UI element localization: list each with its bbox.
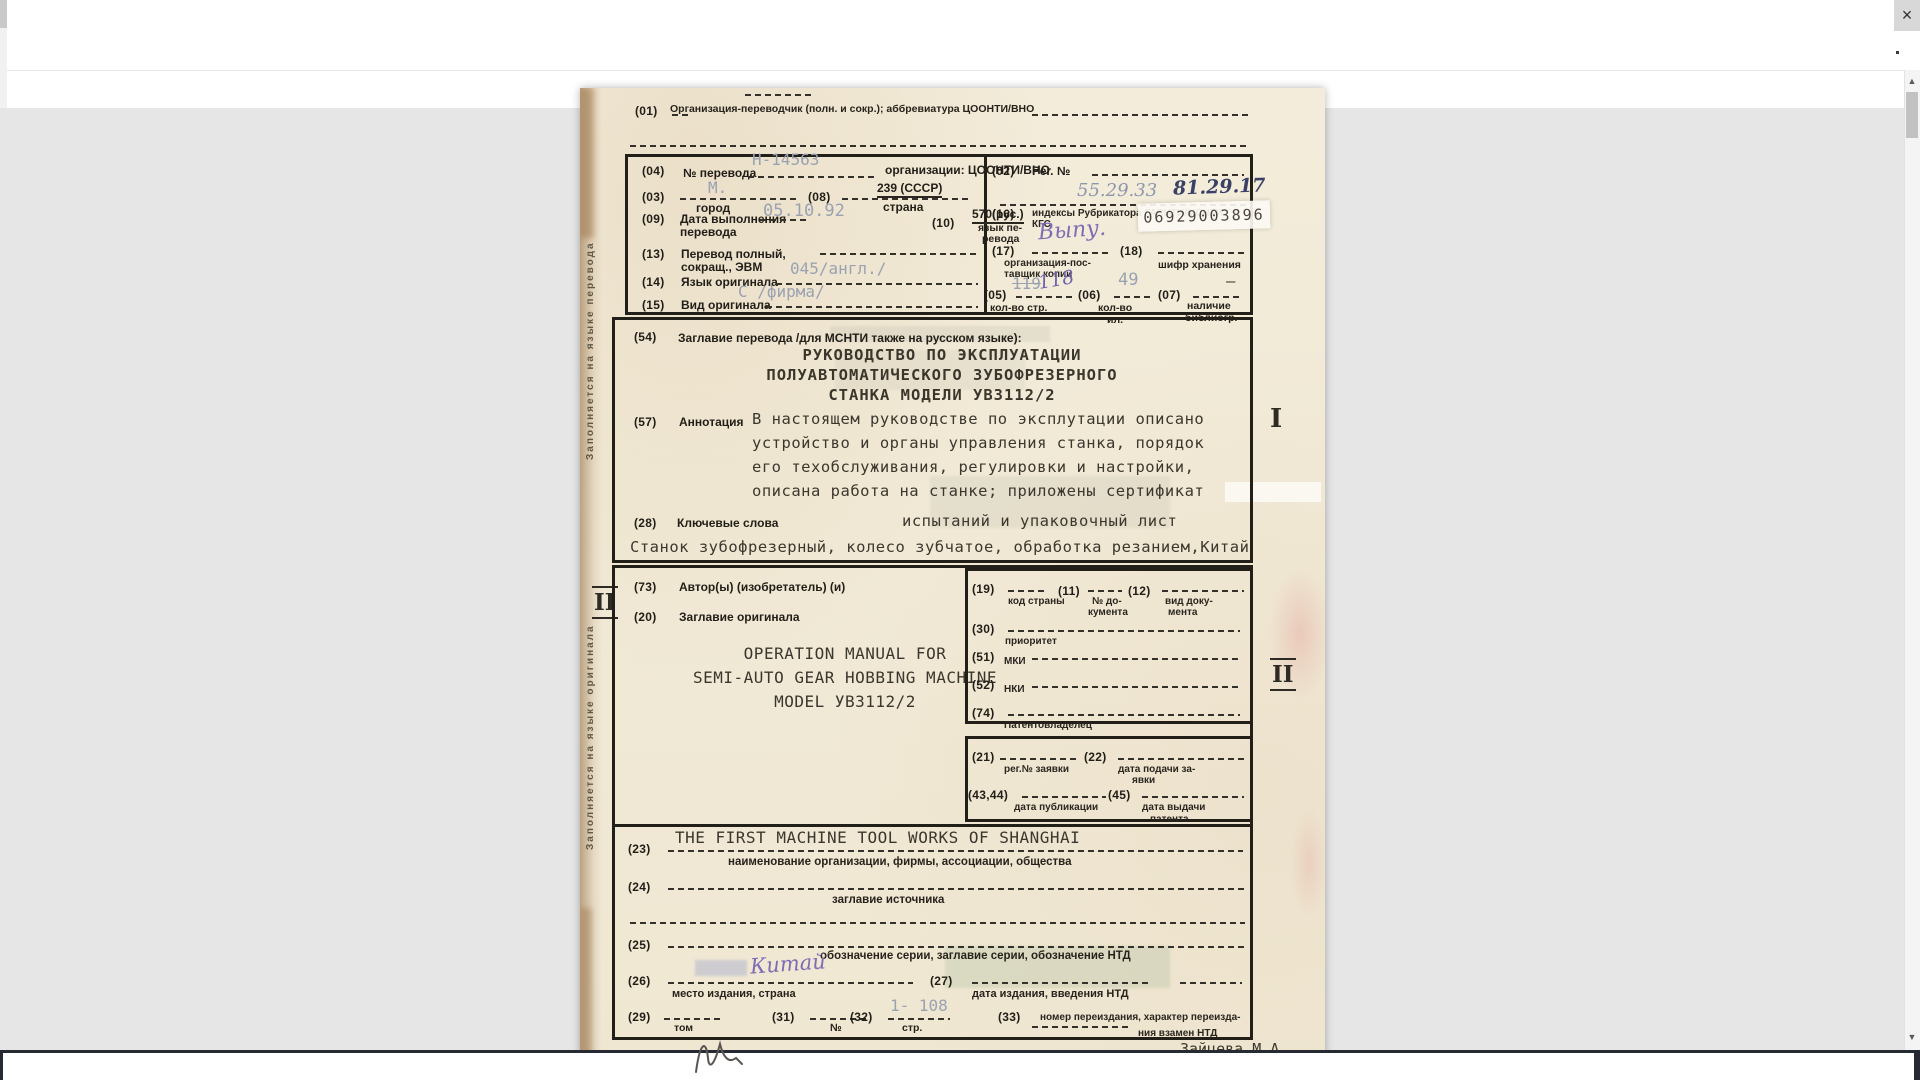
pencil-squiggle [688,1034,750,1080]
dash-line [1114,296,1154,298]
field57-label: Аннотация [679,415,744,429]
field22-num: (22) [1084,750,1107,764]
field32-value: 1- 108 [890,996,948,1015]
dash-line [1142,796,1244,798]
field02-label: Рег. № [1032,164,1070,178]
dash-line [1193,296,1243,298]
field32-num: (32) [850,1010,873,1024]
field16-handwriting: Выпу. [1037,216,1107,246]
field14-num: (14) [642,275,665,289]
field04-value: Н-14563 [752,150,819,169]
field25-num: (25) [628,938,651,952]
dash-line [1158,252,1246,254]
field52-num: (52) [972,678,995,692]
application-box [965,736,1253,822]
field54-label: Заглавие перевода /для МСНТИ также на ру… [678,331,1022,345]
keywords-line: Станок зубофрезерный, колесо зубчатое, о… [630,538,1249,556]
dash-line [1118,758,1244,760]
field32-label: стр. [902,1022,922,1034]
field18-label: шифр хранения [1158,259,1241,271]
inventory-sticker: 06929003896 [1138,200,1271,231]
dash-line [1032,658,1240,660]
bottom-panel-border-left [0,1050,3,1080]
translation-title-line3: СТАНКА МОДЕЛИ УВ3112/2 [642,386,1242,404]
field03-num: (03) [642,190,665,204]
field09-label2: перевода [680,225,737,239]
field22-label1: дата подачи за- [1118,764,1195,775]
bottom-panel-border-right [1914,1050,1920,1080]
dash-line [668,946,1246,948]
dash-line [972,982,1150,984]
dot-artifact [1896,51,1899,54]
field23-num: (23) [628,842,651,856]
field73-label: Автор(ы) (изобретатель) (и) [679,580,845,594]
dash-line [664,1018,720,1020]
dash-line [1008,630,1240,632]
field09-value: 05.10.92 [763,201,845,221]
field33-num: (33) [998,1010,1021,1024]
chevron-up-icon: ▲ [1908,76,1917,86]
field29-label: том [674,1022,693,1034]
field33-label2: ния взамен НТД [1138,1028,1217,1039]
dash-line [668,850,1243,852]
field24-label: заглавие источника [832,894,944,906]
left-rule [612,568,615,826]
annotation-line1: В настоящем руководстве по эксплутации о… [752,410,1204,428]
field11-label2: кумента [1088,607,1128,618]
vertical-scrollbar[interactable] [1904,70,1920,1050]
bottom-panel [0,1050,1920,1080]
field20-label: Заглавие оригинала [679,610,800,624]
field05-label: кол-во стр. [990,302,1047,314]
dash-line [1016,296,1072,298]
field17-label1: организация-пос- [1004,258,1091,269]
field06-label1: кол-во [1098,302,1132,314]
roman-mark-two-right: II [1270,658,1296,691]
field31-label: № [830,1022,842,1034]
field15-value: С /фирма/ [738,282,825,301]
dash-line [630,922,1245,924]
field07-value: – [1226,272,1236,290]
field23-label: наименование организации, фирмы, ассоциа… [728,856,1072,868]
annotation-line3: его техобслуживания, регулировки и настр… [752,458,1194,476]
dash-line [766,306,978,308]
dash-line [1032,1026,1128,1028]
field02-num: (02) [992,164,1015,178]
field12-label1: вид доку- [1165,596,1213,607]
field45-label1: дата выдачи [1142,802,1205,813]
dash-line [630,145,1250,147]
field25-label: обозначение серии, заглавие серии, обозн… [820,950,1131,962]
annotation-line2: устройство и органы управления станка, п… [752,434,1204,452]
dash-line [1032,252,1108,254]
annotation-line5: испытаний и упаковочный лист [902,512,1177,530]
field02-value1: 55.29.33 [1077,180,1157,201]
field19-num: (19) [972,582,995,596]
field43-num: (43,44) [968,788,1008,802]
dash-line [668,982,913,984]
dash-line [1180,982,1242,984]
field13-num: (13) [642,247,665,261]
field14-value: 045/англ./ [790,259,886,278]
field21-num: (21) [972,750,995,764]
field33-label1: номер переиздания, характер переизда- [1040,1012,1241,1023]
scrollbar-down-button[interactable]: ▼ [1904,1028,1920,1046]
field43-label: дата публикации [1014,802,1098,813]
field22-label2: явки [1132,775,1155,786]
field54-num: (54) [634,330,657,344]
dash-line [745,94,815,96]
field45-num: (45) [1108,788,1131,802]
field26-label: место издания, страна [672,988,796,1000]
field52-label: НКИ [1004,684,1025,695]
field28-label: Ключевые слова [677,516,778,530]
dash-line [1088,590,1122,592]
field13-label1: Перевод полный, [681,247,786,261]
field04-num: (04) [642,164,665,178]
field73-num: (73) [634,580,657,594]
field11-num: (11) [1058,584,1080,598]
dash-line [1008,714,1240,716]
field28-num: (28) [634,516,657,530]
translation-title-line1: РУКОВОДСТВО ПО ЭКСПЛУАТАЦИИ [642,346,1242,364]
field74-num: (74) [972,706,995,720]
annotation-line4: описана работа на станке; приложены серт… [752,482,1204,500]
field15-num: (15) [642,298,665,312]
left-edge-strip-lower [0,28,7,108]
field23-value: THE FIRST MACHINE TOOL WORKS OF SHANGHAI [675,828,1080,847]
toolbar-divider [0,70,1920,71]
field27-num: (27) [930,974,953,988]
field09-num: (09) [642,212,665,226]
dash-line [1022,796,1106,798]
margin-caption-translation: Заполняется на языке перевода [585,152,599,460]
scrollbar-thumb[interactable] [1906,92,1918,138]
dash-line [888,1018,950,1020]
field11-label1: № до- [1092,596,1122,607]
field04-org: организации: ЦООНТИ/ВНО [885,163,1050,177]
field19-label: код страны [1008,596,1065,607]
ink-smudge [695,960,747,976]
field27-label: дата издания, введения НТД [972,988,1129,1000]
field07-label1: наличие [1187,300,1231,312]
field74-label: Патентовладелец [1004,720,1092,731]
field02-value2: 81.29.17 [1173,174,1266,199]
dash-line [1032,686,1240,688]
dash-line [748,176,878,178]
chevron-down-icon: ▼ [1908,1032,1917,1042]
field12-label2: мента [1168,607,1197,618]
field17-num: (17) [992,244,1015,258]
field01-label: Организация-переводчик (полн. и сокр.); … [670,103,1030,115]
dash-line [1008,590,1044,592]
field57-num: (57) [634,415,657,429]
left-edge-strip [0,0,7,28]
field07-num: (07) [1158,288,1181,302]
field16-num: (16) [992,207,1015,221]
close-icon: × [1902,5,1913,25]
field05-num: (05) [984,288,1007,302]
field10-num: (10) [932,216,955,230]
pink-stain [1292,808,1325,918]
close-button[interactable]: × [1894,0,1920,31]
dash-line [760,219,808,221]
scrollbar-up-button[interactable]: ▲ [1904,72,1920,90]
dash-line [1000,758,1080,760]
field51-label: МКИ [1004,656,1026,667]
dash-line [668,888,1246,890]
roman-mark-one: I [1270,404,1282,434]
field13-label2: сокращ., ЭВМ [681,260,762,274]
field20-num: (20) [634,610,657,624]
field18-num: (18) [1120,244,1143,258]
dash-line [1162,590,1244,592]
field06-value: 49 [1118,270,1138,290]
field24-num: (24) [628,880,651,894]
field03-value: М. [708,178,727,197]
field31-num: (31) [772,1010,795,1024]
dash-line [820,253,978,255]
field51-num: (51) [972,650,995,664]
field08-label: страна [883,200,923,214]
field26-num: (26) [628,974,651,988]
field08-value: 239 (СССР) [877,181,942,198]
field30-label: приоритет [1005,636,1057,647]
field21-label: рег.№ заявки [1004,764,1069,775]
field29-num: (29) [628,1010,651,1024]
field01-num: (01) [635,104,658,118]
scanned-document-page: Заполняется на языке перевода Заполняетс… [580,88,1325,1080]
dash-line [1032,114,1250,116]
dash-line [680,198,800,200]
translation-title-line2: ПОЛУАВТОМАТИЧЕСКОГО ЗУБОФРЕЗЕРНОГО [642,366,1242,384]
field06-num: (06) [1078,288,1101,302]
field12-num: (12) [1128,584,1151,598]
field30-num: (30) [972,622,995,636]
